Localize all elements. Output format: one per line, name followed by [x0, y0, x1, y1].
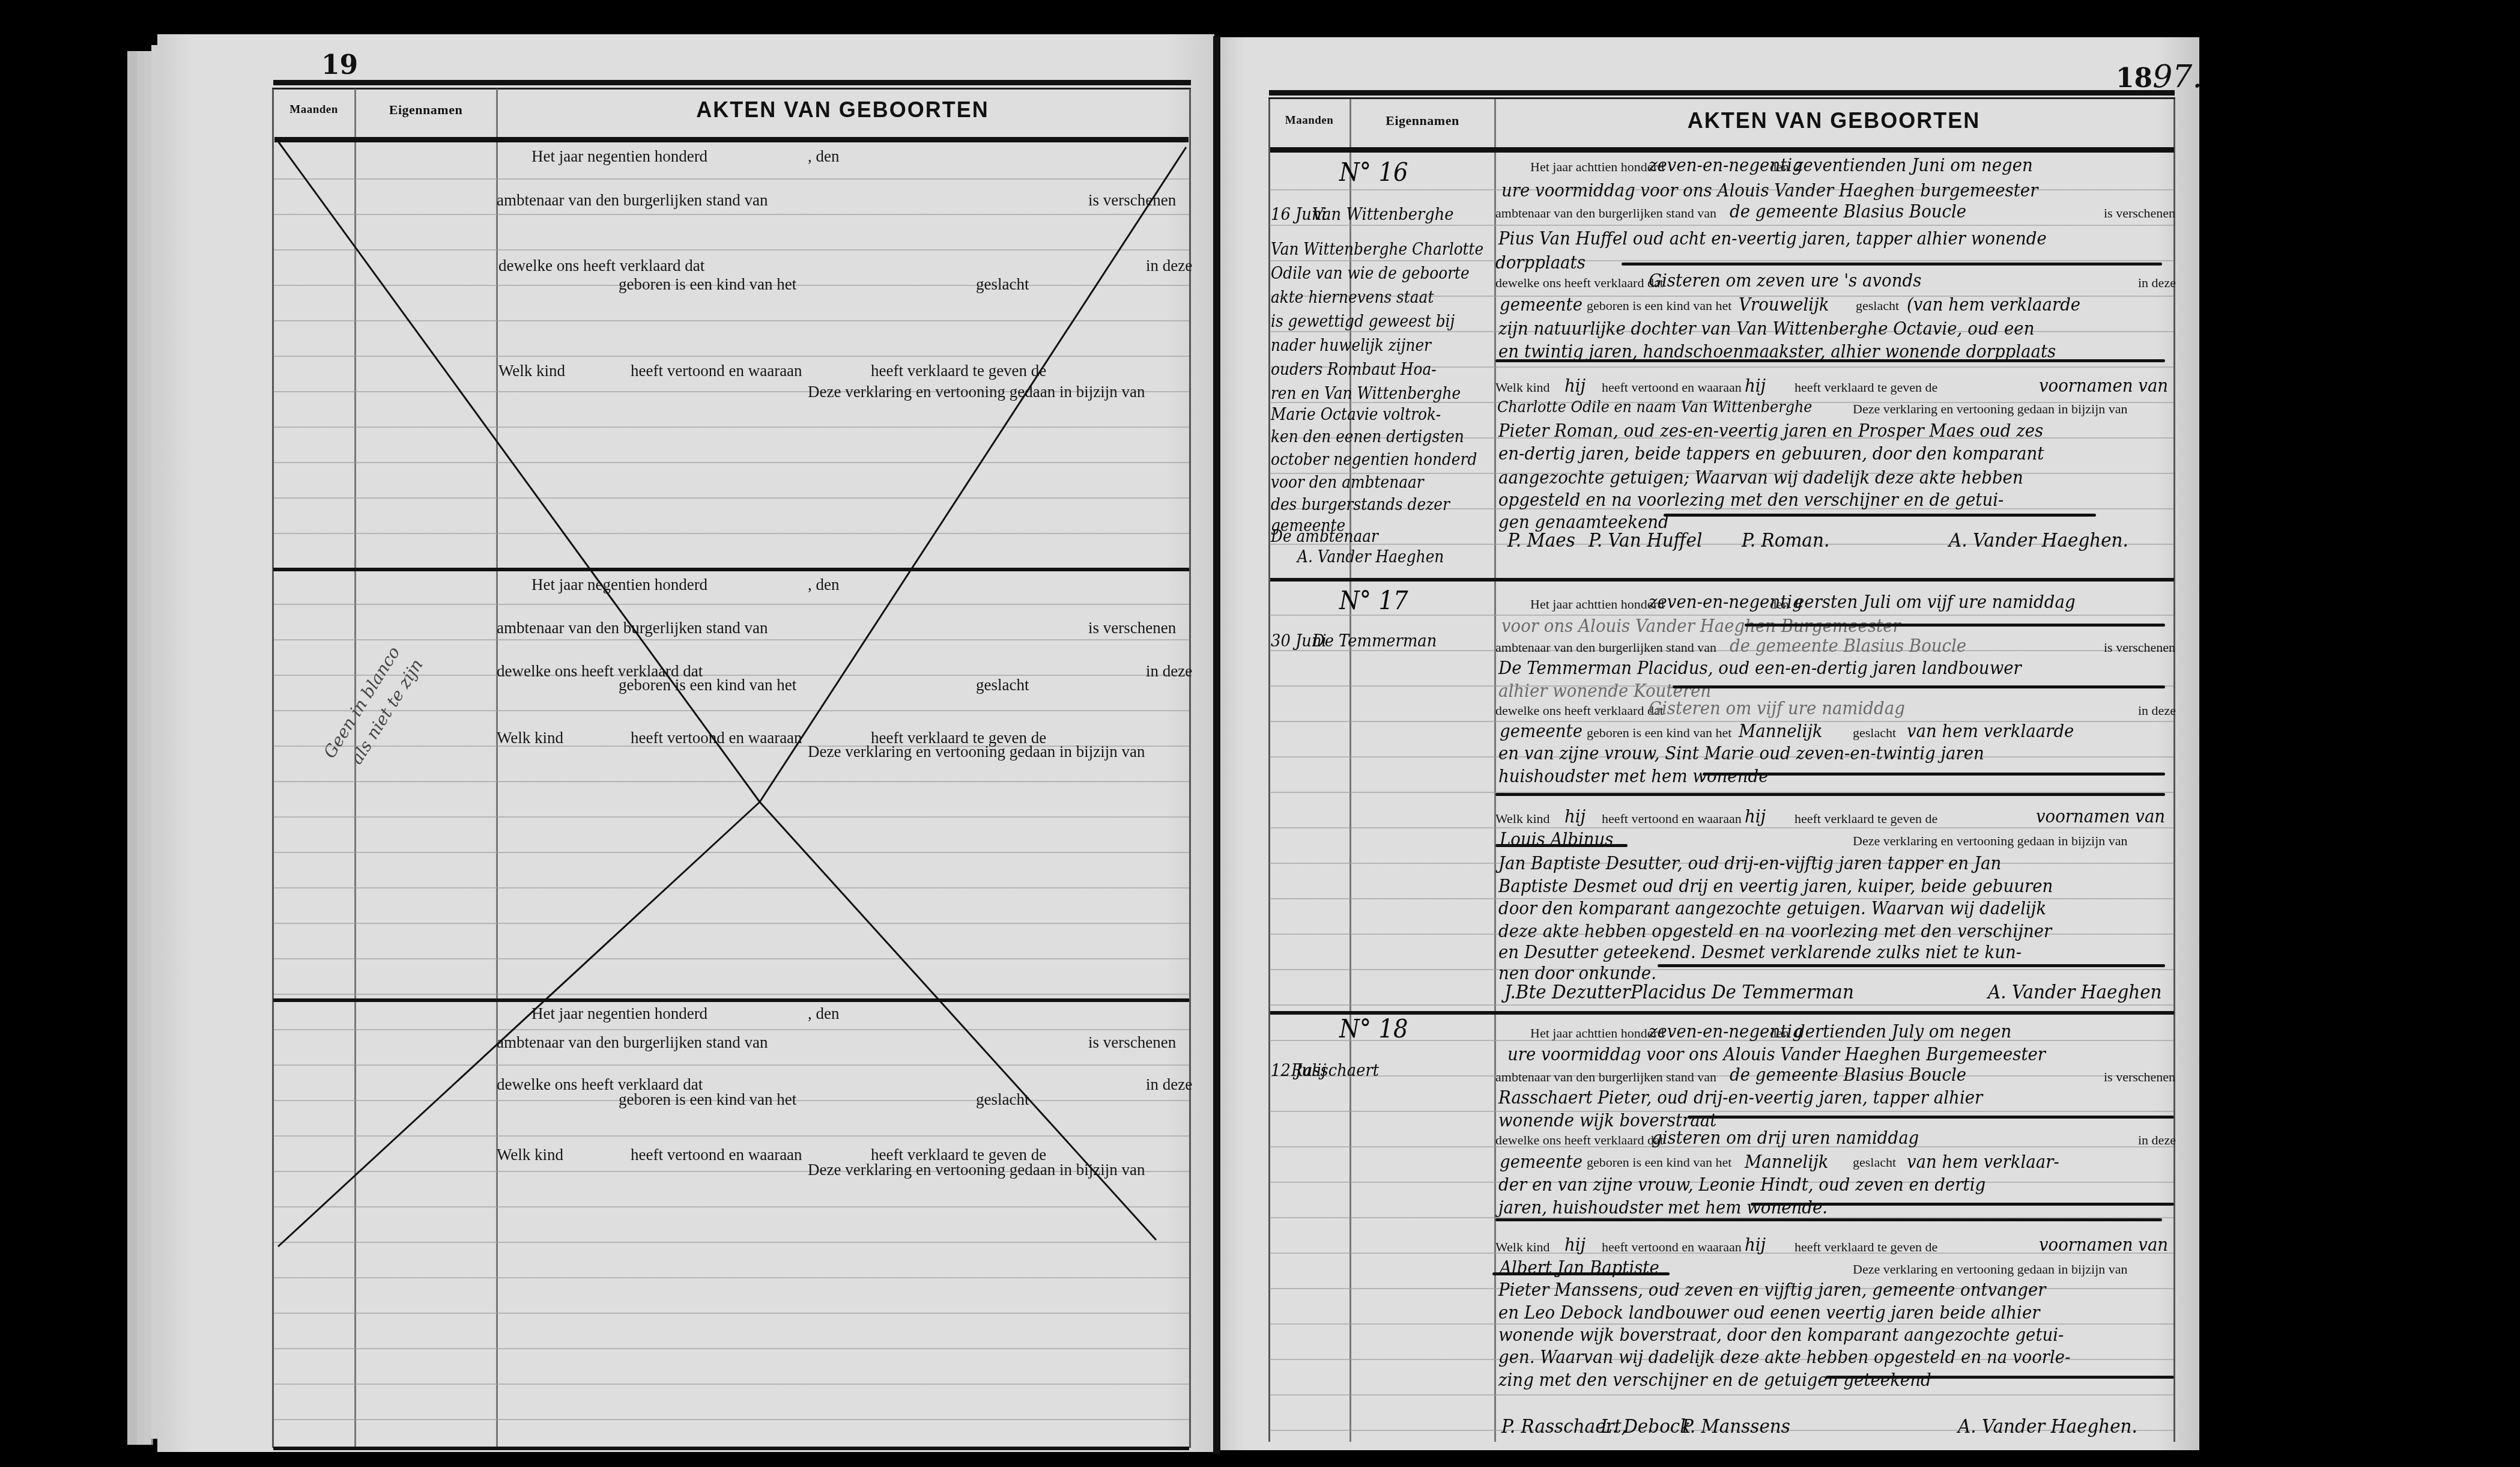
book-gutter: [1213, 36, 1220, 1454]
entry-surname: Rasschaert: [1291, 1060, 1379, 1080]
entry-surname: Van Wittenberghe: [1312, 204, 1454, 224]
entry-number: N° 16: [1339, 157, 1408, 187]
column-header-months: Maanden: [1269, 114, 1349, 127]
right-page-year: 1897.: [2116, 59, 2202, 95]
column-header-names: Eigennamen: [1351, 113, 1494, 129]
entry-surname: De Temmerman: [1312, 631, 1437, 651]
entry-number: N° 18: [1339, 1014, 1408, 1043]
column-header-title: AKTEN VAN GEBOORTEN: [1494, 108, 2173, 133]
entry-number: N° 17: [1339, 586, 1408, 615]
given-names: Charlotte Odile en naam Van Wittenberghe: [1497, 398, 1813, 416]
